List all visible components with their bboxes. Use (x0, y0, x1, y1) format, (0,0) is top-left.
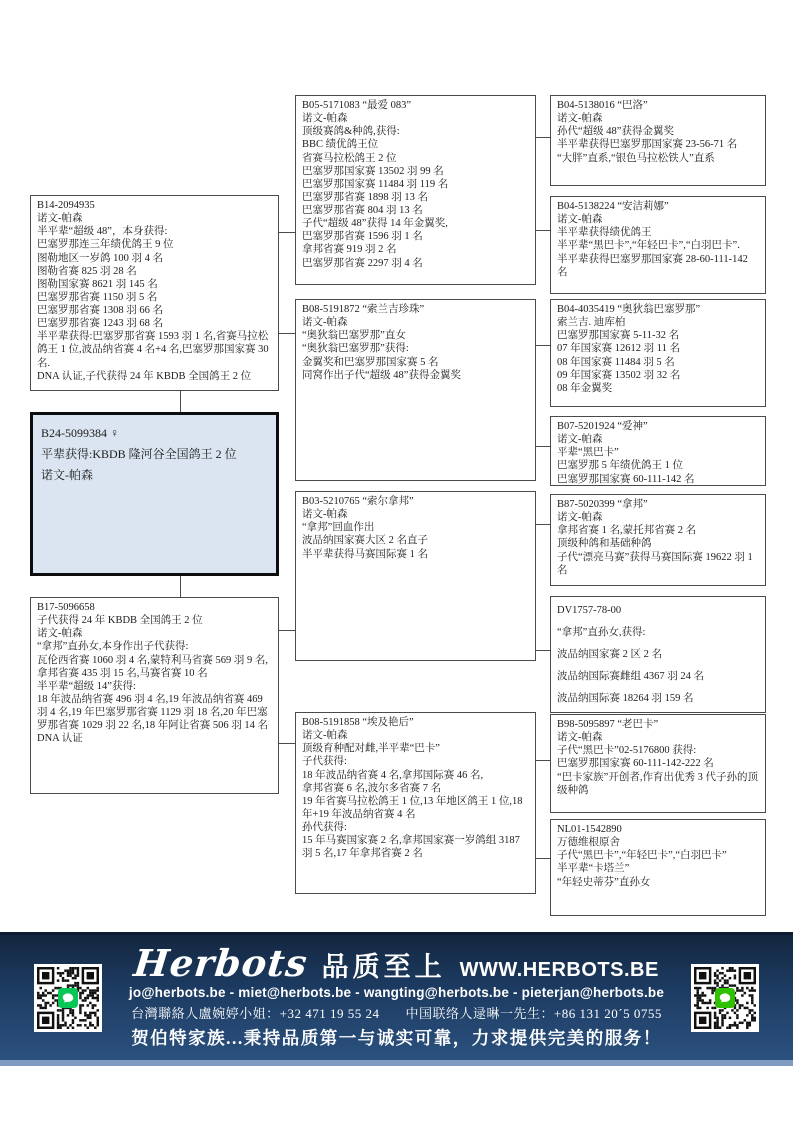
text-line: 半平辈“超级 14”获得: (37, 680, 273, 693)
text-line: 诺文-帕森 (302, 729, 530, 742)
text-line: 半平辈获得:巴塞罗那省赛 1593 羽 1 名,省赛马拉松鸽王 1 位,波品纳省… (37, 330, 273, 369)
text-line: 09 年国家赛 13502 羽 32 名 (557, 369, 760, 382)
text-line: 诺文-帕森 (37, 212, 273, 225)
text-line: DNA 认证 (37, 732, 273, 745)
text-line: 拿邦省赛 919 羽 2 名 (302, 243, 530, 256)
text-line: 巴塞罗那连三年绩优鸽王 9 位 (37, 238, 273, 251)
connector-line (279, 630, 295, 631)
text-line: 半平辈“黑巴卡”,“年轻巴卡”,“白羽巴卡”. (557, 239, 760, 252)
pedigree-box-b04-5138224: B04-5138224 “安洁莉娜”诺文-帕森半平辈获得绩优鸽王半平辈“黑巴卡”… (550, 196, 766, 294)
text-line: 瓦伦西省赛 1060 羽 4 名,蒙特利马省赛 569 羽 9 名, (37, 654, 273, 667)
text-line: 图勒地区一岁鸽 100 羽 4 名 (37, 252, 273, 265)
text-line: 孙代获得: (302, 821, 530, 834)
footer-bottom-strip (0, 1060, 793, 1066)
text-line: 子代“超级 48”获得 14 年金翼奖, (302, 217, 530, 230)
connector-line (536, 524, 550, 525)
connector-line (180, 391, 181, 412)
text-line: 波品纳国家赛 2 区 2 名 (557, 644, 760, 666)
text-line: 15 年马赛国家赛 2 名,拿邦国家赛一岁鸽组 3187 羽 5 名,17 年拿… (302, 834, 530, 860)
text-line: 半平辈获得巴塞罗那国家赛 23-56-71 名 (557, 138, 760, 151)
text-line: 半平辈获得巴塞罗那国家赛 28-60-111-142 名 (557, 253, 760, 279)
text-line: 巴塞罗那国家赛 60-111-142 名 (557, 473, 760, 486)
text-line: “年轻史蒂芬”直孙女 (557, 876, 760, 889)
text-line: BBC 绩优鸽王位 (302, 138, 530, 151)
text-line: 19 年省赛马拉松鸽王 1 位,13 年地区鸽王 1 位,18 年+19 年波品… (302, 795, 530, 821)
text-line: 巴塞罗那 5 年绩优鸽王 1 位 (557, 459, 760, 472)
connector-line (279, 743, 295, 744)
herbots-logo: Herbots (132, 945, 309, 982)
text-line: 半平辈“超级 48”，本身获得: (37, 225, 273, 238)
text-line: 索兰吉. 迪库柏 (557, 316, 760, 329)
text-line: B04-4035419 “奥狄翁巴塞罗那” (557, 303, 760, 316)
connector-line (536, 137, 550, 138)
text-line: 平辈“黑巴卡” (557, 446, 760, 459)
text-line: 诺文-帕森 (557, 112, 760, 125)
pedigree-box-b07-5201924: B07-5201924 “爱神”诺文-帕森平辈“黑巴卡”巴塞罗那 5 年绩优鸽王… (550, 416, 766, 486)
pedigree-box-b08-5191858: B08-5191858 “埃及艳后”诺文-帕森顶级育种配对雌,半平辈“巴卡”子代… (295, 712, 536, 894)
connector-line (536, 858, 550, 859)
text-line: 诺文-帕森 (302, 316, 530, 329)
text-line: 诺文-帕森 (37, 627, 273, 640)
footer-slogan: 贺伯特家族...秉持品质第一与诚实可靠，力求提供完美的服务！ (131, 1025, 662, 1050)
text-line: 08 年金翼奖 (557, 382, 760, 395)
text-line: 诺文-帕森 (557, 433, 760, 446)
text-line: B04-5138016 “巴洛” (557, 99, 760, 112)
text-line: 子代“漂亮马赛”获得马赛国际赛 19622 羽 1 名 (557, 551, 760, 577)
text-line: 顶级赛鸽&种鸽,获得: (302, 125, 530, 138)
text-line: 半平辈获得绩优鸽王 (557, 226, 760, 239)
text-line: 同窝作出子代“超级 48”获得金翼奖 (302, 369, 530, 382)
pedigree-box-b87-5020399: B87-5020399 “拿邦”诺文-帕森拿邦省赛 1 名,蒙托邦省赛 2 名顶… (550, 494, 766, 586)
pedigree-box-nl01-1542890: NL01-1542890万德维根原舍子代“黑巴卡”,“年轻巴卡”,“白羽巴卡”半… (550, 819, 766, 916)
text-line: 子代“黑巴卡”02-5176800 获得: (557, 744, 760, 757)
text-line: DNA 认证,子代获得 24 年 KBDB 全国鸽王 2 位 (37, 370, 273, 383)
connector-line (279, 333, 295, 334)
pedigree-page: B14-2094935诺文-帕森半平辈“超级 48”，本身获得:巴塞罗那连三年绩… (0, 0, 793, 1122)
text-line: 诺文-帕森 (557, 511, 760, 524)
pedigree-box-b04-4035419: B04-4035419 “奥狄翁巴塞罗那”索兰吉. 迪库柏巴塞罗那国家赛 5-1… (550, 299, 766, 407)
text-line: 08 年国家赛 11484 羽 5 名 (557, 356, 760, 369)
connector-line (536, 345, 550, 346)
text-line: 巴塞罗那省赛 804 羽 13 名 (302, 204, 530, 217)
text-line: 巴塞罗那省赛 1150 羽 5 名 (37, 291, 273, 304)
pedigree-box-b17-5096658: B17-5096658子代获得 24 年 KBDB 全国鸽王 2 位诺文-帕森“… (30, 597, 279, 794)
text-line: 诺文-帕森 (41, 465, 268, 486)
text-line: 金翼奖和巴塞罗那国家赛 5 名 (302, 356, 530, 369)
text-line: 波品纳国家赛大区 2 名直子 (302, 534, 530, 547)
text-line: 子代“黑巴卡”,“年轻巴卡”,“白羽巴卡” (557, 849, 760, 862)
text-line: “巴卡家族”开创者,作育出优秀 3 代子孙的顶级种鸽 (557, 771, 760, 797)
text-line: 诺文-帕森 (557, 213, 760, 226)
text-line: 巴塞罗那省赛 1308 羽 66 名 (37, 304, 273, 317)
wechat-qr-code (691, 964, 759, 1032)
text-line: 巴塞罗那省赛 1243 羽 68 名 (37, 317, 273, 330)
text-line: “奥狄翁巴塞罗那”获得: (302, 342, 530, 355)
line-icon (58, 988, 78, 1008)
text-line: B17-5096658 (37, 601, 273, 614)
text-line: 诺文-帕森 (302, 112, 530, 125)
text-line: 07 年国家赛 12612 羽 11 名 (557, 342, 760, 355)
text-line: 图勒国家赛 8621 羽 145 名 (37, 278, 273, 291)
contact-china: 中国联络人逯晽一先生：+86 131 20´5 0755 (405, 1003, 661, 1022)
connector-line (279, 232, 295, 233)
contact-taiwan: 台灣聯絡人盧婉婷小姐：+32 471 19 55 24 (131, 1003, 379, 1022)
text-line: 巴塞罗那国家赛 60-111-142-222 名 (557, 757, 760, 770)
text-line: 半平辈获得马赛国际赛 1 名 (302, 548, 530, 561)
text-line: 顶级种鸽和基础种鸽 (557, 537, 760, 550)
wechat-icon (715, 988, 735, 1008)
text-line: NL01-1542890 (557, 823, 760, 836)
text-line: 波品纳国际赛 18264 羽 159 名 (557, 688, 760, 710)
connector-line (536, 446, 550, 447)
pedigree-box-b98-5095897: B98-5095897 “老巴卡”诺文-帕森子代“黑巴卡”02-5176800 … (550, 714, 766, 813)
text-line: B08-5191858 “埃及艳后” (302, 716, 530, 729)
text-line: 18 年波品纳省赛 496 羽 4 名,19 年波品纳省赛 469 羽 4 名,… (37, 693, 273, 732)
text-line: 诺文-帕森 (557, 731, 760, 744)
pedigree-box-b24-5099384-subject: B24-5099384 ♀平辈获得:KBDB 隆河谷全国鸽王 2 位诺文-帕森 (30, 412, 279, 576)
text-line: B98-5095897 “老巴卡” (557, 718, 760, 731)
text-line: B24-5099384 ♀ (41, 423, 268, 444)
text-line: 子代获得: (302, 755, 530, 768)
text-line: B14-2094935 (37, 199, 273, 212)
pedigree-box-dv1757-78-00: DV1757-78-00“拿邦”直孙女,获得:波品纳国家赛 2 区 2 名波品纳… (550, 596, 766, 713)
text-line: 平辈获得:KBDB 隆河谷全国鸽王 2 位 (41, 444, 268, 465)
text-line: B08-5191872 “索兰吉珍珠” (302, 303, 530, 316)
text-line: “奥狄翁巴塞罗那”直女 (302, 329, 530, 342)
text-line: “拿邦”直孙女,获得: (557, 622, 760, 644)
text-line: 拿邦省赛 6 名,波尔多省赛 7 名 (302, 782, 530, 795)
text-line: “拿邦”直孙女,本身作出子代获得: (37, 640, 273, 653)
brand-row: Herbots 品质至上 WWW.HERBOTS.BE (134, 945, 659, 982)
text-line: 顶级育种配对雌,半平辈“巴卡” (302, 742, 530, 755)
text-line: 半平辈“卡塔兰” (557, 862, 760, 875)
text-line: 巴塞罗那国家赛 13502 羽 99 名 (302, 165, 530, 178)
footer-banner: Herbots 品质至上 WWW.HERBOTS.BE jo@herbots.b… (0, 932, 793, 1060)
text-line: 拿邦省赛 435 羽 15 名,马赛省赛 10 名 (37, 667, 273, 680)
text-line: 巴塞罗那省赛 1898 羽 13 名 (302, 191, 530, 204)
text-line: 诺文-帕森 (302, 508, 530, 521)
text-line: B07-5201924 “爱神” (557, 420, 760, 433)
text-line: 巴塞罗那国家赛 5-11-32 名 (557, 329, 760, 342)
text-line: 省赛马拉松鸽王 2 位 (302, 152, 530, 165)
pedigree-box-b08-5191872: B08-5191872 “索兰吉珍珠”诺文-帕森“奥狄翁巴塞罗那”直女“奥狄翁巴… (295, 299, 536, 481)
text-line: “大胖”直系,“银色马拉松铁人”直系 (557, 152, 760, 165)
text-line: 万德维根原舍 (557, 836, 760, 849)
pedigree-box-b03-5210765: B03-5210765 “索尔拿邦”诺文-帕森“拿邦”回血作出波品纳国家赛大区 … (295, 491, 536, 661)
text-line: B05-5171083 “最爱 083” (302, 99, 530, 112)
text-line: B04-5138224 “安洁莉娜” (557, 200, 760, 213)
footer-emails: jo@herbots.be - miet@herbots.be - wangti… (129, 985, 664, 1000)
footer-tagline: 品质至上 (322, 954, 446, 981)
footer-website: WWW.HERBOTS.BE (460, 960, 659, 980)
pedigree-box-b05-5171083: B05-5171083 “最爱 083”诺文-帕森顶级赛鸽&种鸽,获得:BBC … (295, 95, 536, 285)
text-line: B87-5020399 “拿邦” (557, 498, 760, 511)
text-line: 图勒省赛 825 羽 28 名 (37, 265, 273, 278)
connector-line (536, 650, 550, 651)
text-line: 巴塞罗那省赛 2297 羽 4 名 (302, 257, 530, 270)
text-line: 波品纳国际赛雌组 4367 羽 24 名 (557, 666, 760, 688)
text-line: 孙代“超级 48”获得金翼奖 (557, 125, 760, 138)
connector-line (536, 760, 550, 761)
text-line: DV1757-78-00 (557, 600, 760, 622)
text-line: 拿邦省赛 1 名,蒙托邦省赛 2 名 (557, 524, 760, 537)
text-line: 子代获得 24 年 KBDB 全国鸽王 2 位 (37, 614, 273, 627)
text-line: 巴塞罗那国家赛 11484 羽 119 名 (302, 178, 530, 191)
connector-line (536, 230, 550, 231)
footer-contacts: 台灣聯絡人盧婉婷小姐：+32 471 19 55 24 中国联络人逯晽一先生：+… (131, 1003, 662, 1022)
text-line: 18 年波品纳省赛 4 名,拿邦国际赛 46 名, (302, 769, 530, 782)
text-line: “拿邦”回血作出 (302, 521, 530, 534)
pedigree-box-b14-2094935: B14-2094935诺文-帕森半平辈“超级 48”，本身获得:巴塞罗那连三年绩… (30, 195, 279, 391)
line-qr-code (34, 964, 102, 1032)
text-line: 巴塞罗那省赛 1596 羽 1 名 (302, 230, 530, 243)
connector-line (180, 576, 181, 597)
pedigree-box-b04-5138016: B04-5138016 “巴洛”诺文-帕森孙代“超级 48”获得金翼奖半平辈获得… (550, 95, 766, 186)
text-line: B03-5210765 “索尔拿邦” (302, 495, 530, 508)
